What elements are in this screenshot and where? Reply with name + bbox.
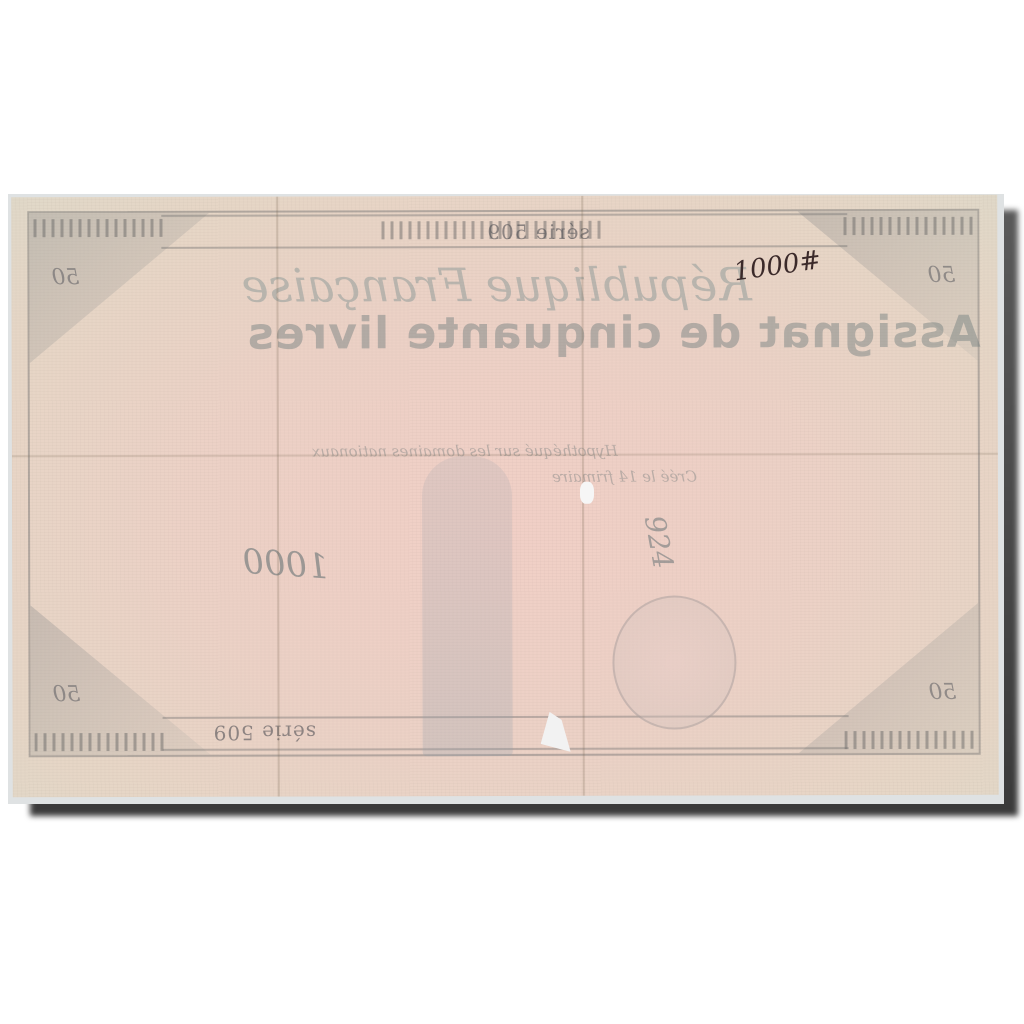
meander-border	[33, 219, 163, 237]
mirrored-title: République Française	[241, 257, 752, 312]
serie-number-top: série 509	[486, 220, 589, 244]
corner-value-bottom-right: 50	[928, 680, 956, 705]
mirrored-denomination: Assignat de cinquante livres	[247, 307, 981, 360]
corner-value-bottom-left: 50	[52, 682, 80, 707]
meander-border	[845, 731, 975, 749]
mirrored-text-line: Créé le 14 frimaire	[552, 467, 697, 485]
serie-number-bottom: série 509	[213, 720, 316, 744]
watermark-figure	[422, 456, 513, 756]
corner-value-top-left: 50	[51, 265, 79, 290]
handwritten-pencil-number: 1000	[241, 542, 330, 588]
meander-border	[35, 733, 165, 751]
meander-border	[843, 217, 973, 235]
embossed-seal	[612, 595, 736, 729]
corner-value-top-right: 50	[927, 263, 955, 288]
banknote: série 509 série 509 50 50 50 50 Républiq…	[11, 195, 999, 798]
pin-hole	[580, 482, 594, 504]
